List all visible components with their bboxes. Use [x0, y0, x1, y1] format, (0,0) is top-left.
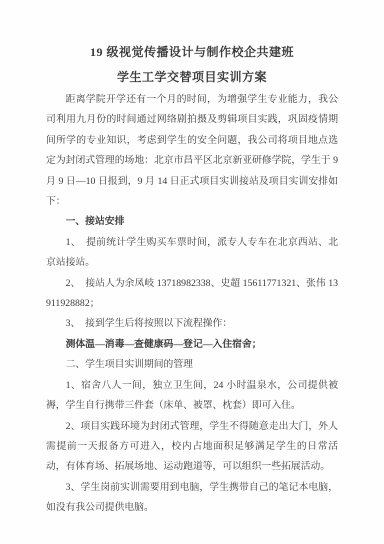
document-page: 19 级视觉传播设计与制作校企共建班 学生工学交替项目实训方案 距离学院开学还有…: [0, 0, 384, 544]
intro-paragraph: 距离学院开学还有一个月的时间，为增强学生专业能力，我公司利用九月份的时间通过网络…: [46, 90, 338, 212]
section1-item2: 2、 接站人为余凤岐 13718982338、史超 15611771321、张伟…: [46, 274, 338, 315]
section1-item3: 3、 接到学生后将按照以下流程操作：: [46, 314, 338, 334]
document-title-line1: 19 级视觉传播设计与制作校企共建班: [46, 40, 338, 65]
arrival-flow-line: 测体温—消毒—查健康码—登记—入住宿舍；: [46, 335, 338, 355]
section1-heading: 一、接站安排: [46, 212, 338, 232]
document-title-line2: 学生工学交替项目实训方案: [46, 65, 338, 90]
section2-item2: 2、项目实践环境为封闭式管理，学生不得随意走出大门，外人需提前一天报备方可进入，…: [46, 417, 338, 478]
section2-item1: 1、宿舍八人一间，独立卫生间，24 小时温泉水，公司提供被褥，学生自行携带三件套…: [46, 376, 338, 417]
section1-item1: 1、 提前统计学生购买车票时间，派专人专车在北京西站、北京站接站。: [46, 233, 338, 274]
section2-heading: 二、学生项目实训期间的管理: [46, 355, 338, 375]
section2-item3: 3、学生岗前实训需要用到电脑，学生携带自己的笔记本电脑，如没有我公司提供电脑。: [46, 478, 338, 519]
